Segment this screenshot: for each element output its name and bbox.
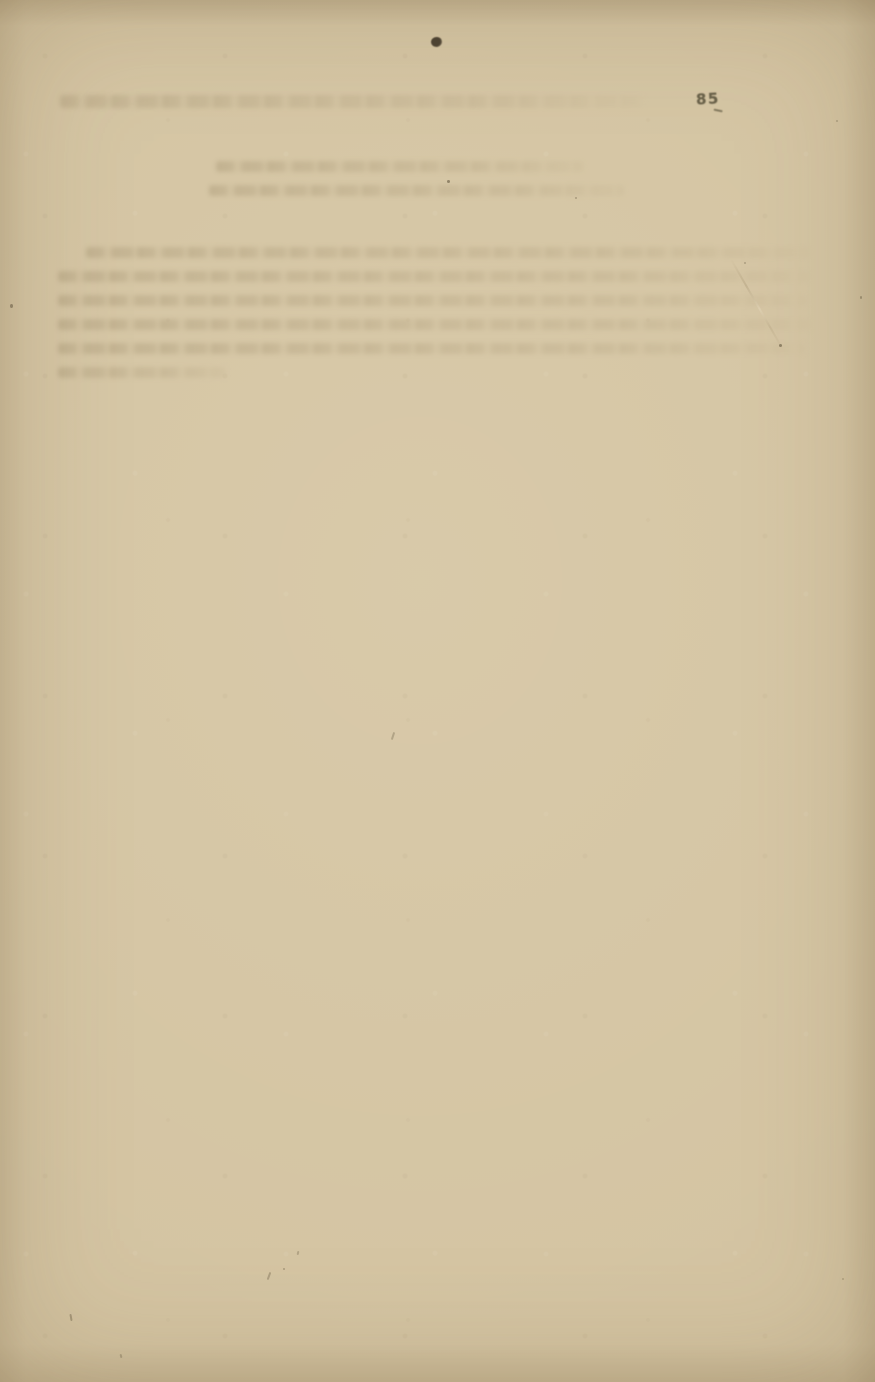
ghost-paragraph-line: [58, 367, 226, 378]
paper-speck: [10, 304, 13, 308]
paper-speck: [842, 1278, 844, 1280]
paper-texture: [0, 0, 875, 1382]
ghost-header-line: [60, 95, 645, 108]
ghost-paragraph-line: [58, 343, 806, 354]
ghost-paragraph-line: [58, 295, 808, 306]
paper-speck: [575, 197, 577, 199]
paper-speck: [69, 1314, 72, 1321]
ghost-title-line: [216, 161, 584, 172]
ghost-paragraph-line: [58, 271, 810, 282]
ink-blot-stain: [431, 37, 442, 47]
page-number-underline: [714, 109, 723, 113]
ghost-paragraph-line: [58, 319, 811, 330]
paper-speck: [391, 732, 395, 740]
paper-speck: [779, 344, 782, 347]
paper-speck: [283, 1268, 285, 1270]
paper-speck: [447, 180, 450, 183]
paper-speck: [297, 1251, 300, 1255]
paper-speck: [267, 1272, 272, 1280]
ghost-title-line: [209, 185, 625, 196]
paper-speck: [744, 262, 746, 264]
paper-speck: [120, 1354, 123, 1358]
paper-speck: [836, 120, 838, 122]
ghost-paragraph-line: [86, 247, 810, 258]
page-number: 85: [696, 89, 721, 108]
scanned-page: 85: [0, 0, 875, 1382]
paper-speck: [860, 296, 862, 299]
page-number-text: 85: [696, 89, 721, 108]
